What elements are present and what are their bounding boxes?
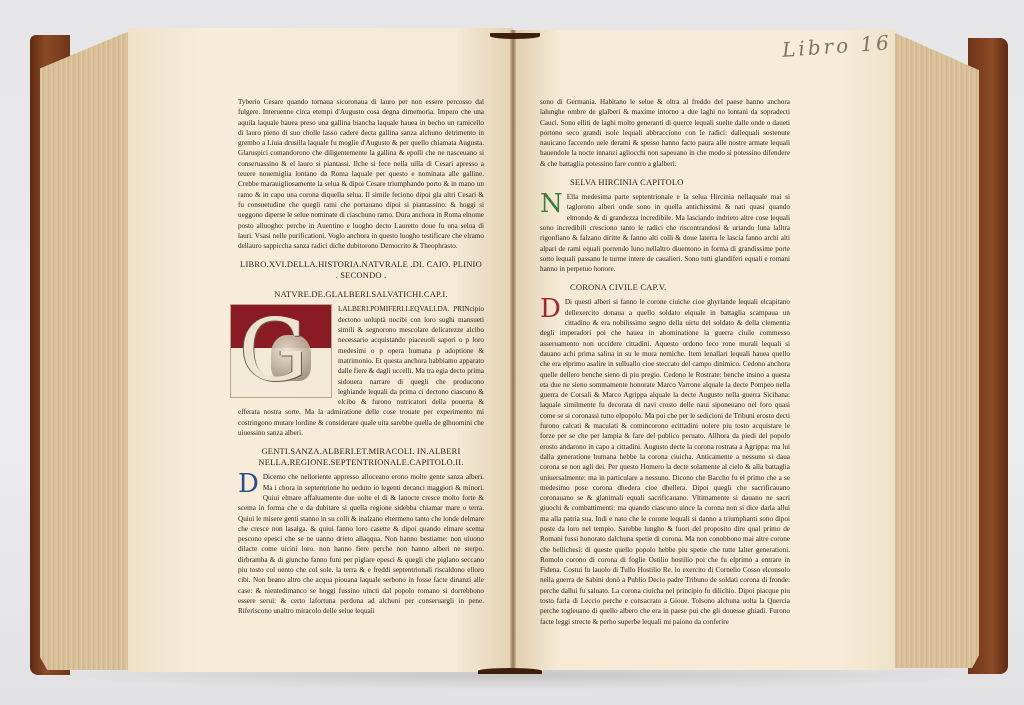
page-block-left bbox=[40, 30, 132, 670]
paragraph: Ella medesima parte septentrionale e la … bbox=[540, 192, 790, 274]
chapter-heading: GENTI.SANZA.ALBERI.ET.MIRACOLI. IN.ALBER… bbox=[238, 446, 484, 468]
initial-letter: G bbox=[239, 305, 308, 397]
illuminated-initial: G bbox=[230, 304, 332, 398]
paragraph: Tyberio Cesare quando tornaua sicoronaua… bbox=[238, 97, 484, 251]
chapter-heading: CORONA CIVILE CAP.V. bbox=[540, 282, 790, 293]
right-text-column: sono di Germania. Habitano le selue & ol… bbox=[540, 97, 790, 627]
chapter-heading: NATVRE.DE.GLALBERI.SALVATICHI.CAP.I. bbox=[238, 289, 484, 300]
spine-top bbox=[490, 33, 540, 39]
paragraph: sono di Germania. Habitano le selue & ol… bbox=[540, 97, 790, 169]
left-text-column: Tyberio Cesare quando tornaua sicoronaua… bbox=[238, 97, 484, 616]
paragraph: Dicemo che nelloriente appresso allocean… bbox=[238, 472, 484, 616]
page-block-right bbox=[893, 32, 979, 668]
initial-letter-blue: D bbox=[238, 473, 259, 495]
initial-letter-green: N bbox=[540, 193, 563, 215]
book-gutter bbox=[510, 30, 516, 670]
initial-letter-red: D bbox=[540, 298, 561, 320]
chapter-heading: SELVA HIRCINIA CAPITOLO bbox=[540, 177, 790, 188]
paragraph: Di questi alberi si fanno le corone ciui… bbox=[540, 297, 790, 627]
book-heading: LIBRO.XVI.DELLA.HISTORIA.NATVRALE .DI. C… bbox=[238, 259, 484, 281]
spine-bottom bbox=[478, 668, 542, 674]
